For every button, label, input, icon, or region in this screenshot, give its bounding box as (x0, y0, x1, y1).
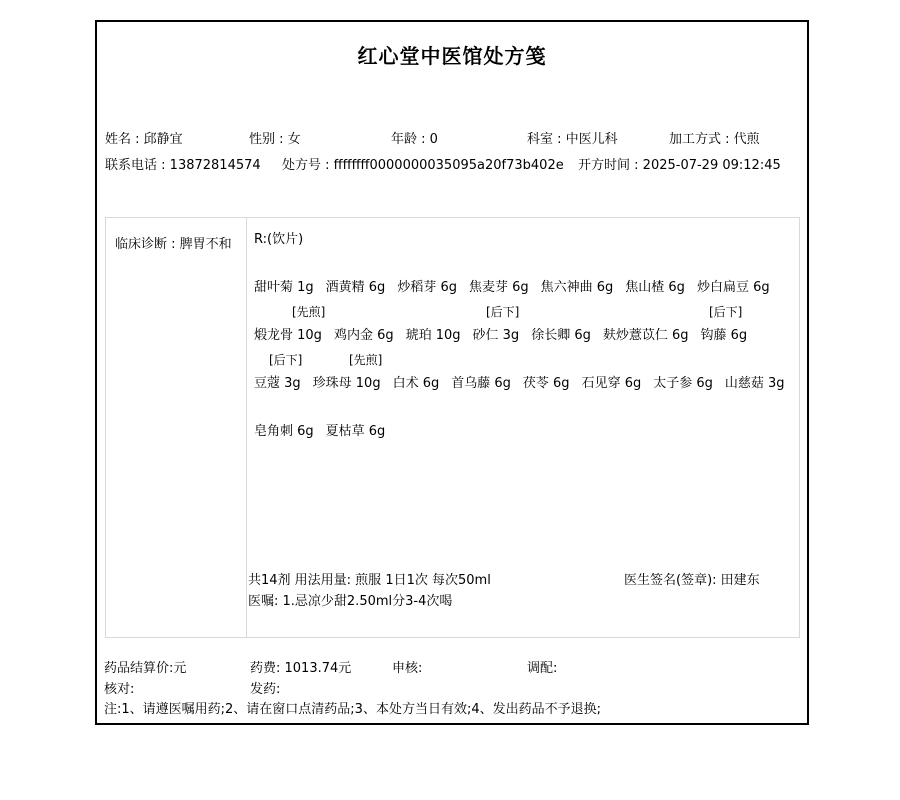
field-separator: : (630, 158, 643, 173)
herb-item: 石见穿 6g (582, 376, 642, 391)
field-separator: : (131, 132, 144, 147)
decoction-tag: [后下] (486, 300, 519, 324)
herb-line-2: 煅龙骨 10g鸡内金 6g琥珀 10g砂仁 3g徐长卿 6g麸炒薏苡仁 6g钩藤… (254, 324, 794, 348)
column-divider (246, 218, 247, 637)
herb-line-4: 皂角刺 6g夏枯草 6g (254, 420, 794, 444)
rx-header: R:(饮片) (254, 228, 794, 252)
herb-item: 徐长卿 6g (531, 328, 591, 343)
prescription-page: 红心堂中医馆处方笺 姓名 : 邱静宜 性别 : 女 年龄 : 0 科室 : 中医… (95, 20, 809, 725)
dispense-field: 发药: (250, 678, 280, 697)
field-prescribe-time: 开方时间 : 2025-07-29 09:12:45 (578, 154, 781, 173)
field-value: 邱静宜 (144, 132, 183, 147)
check-field: 核对: (104, 678, 134, 697)
herb-item: 焦麦芽 6g (469, 280, 529, 295)
field-department: 科室 : 中医儿科 (527, 128, 618, 147)
herb-item: 白术 6g (393, 376, 440, 391)
field-label: 年龄 (391, 132, 417, 147)
usage-block: 共14剂 用法用量: 煎服 1日1次 每次50ml 医嘱: 1.忌凉少甜2.50… (248, 570, 491, 612)
herb-item: 鸡内金 6g (334, 328, 394, 343)
decoction-tag: [先煎] (349, 348, 382, 372)
field-label: 处方号 (282, 158, 321, 173)
herb-item: 夏枯草 6g (326, 424, 386, 439)
herb-item: 首乌藤 6g (451, 376, 511, 391)
herb-item: 豆蔻 3g (254, 376, 301, 391)
prepare-field: 调配: (527, 657, 557, 676)
herb-item: 炒稻芽 6g (397, 280, 457, 295)
herb-item: 山慈菇 3g (725, 376, 785, 391)
footer-note: 注:1、请遵医嘱用药;2、请在窗口点清药品;3、本处方当日有效;4、发出药品不予… (104, 698, 601, 717)
page-title: 红心堂中医馆处方笺 (97, 40, 807, 69)
herb-item: 琥珀 10g (406, 328, 461, 343)
field-separator: : (275, 132, 288, 147)
herb-line-3: 豆蔻 3g珍珠母 10g白术 6g首乌藤 6g茯苓 6g石见穿 6g太子参 6g… (254, 372, 794, 396)
herb-item: 焦六神曲 6g (541, 280, 614, 295)
herb-item: 砂仁 3g (473, 328, 520, 343)
herb-item: 珍珠母 10g (313, 376, 381, 391)
field-patient-name: 姓名 : 邱静宜 (105, 128, 183, 147)
field-separator: : (417, 132, 430, 147)
field-value: 中医儿科 (566, 132, 618, 147)
field-value: 脾胃不和 (180, 237, 232, 252)
decoction-tag-line-1: [先煎] [后下] [后下] (254, 300, 794, 324)
herb-item: 茯苓 6g (523, 376, 570, 391)
field-value: 2025-07-29 09:12:45 (643, 158, 781, 173)
field-gender: 性别 : 女 (249, 128, 301, 147)
field-value: 代煎 (734, 132, 760, 147)
field-value: 女 (288, 132, 301, 147)
decoction-tag-line-2: [后下] [先煎] (254, 348, 794, 372)
field-processing-method: 加工方式 : 代煎 (669, 128, 760, 147)
herb-item: 焦山楂 6g (625, 280, 685, 295)
decoction-tag: [先煎] (292, 300, 325, 324)
field-label: 开方时间 (578, 158, 630, 173)
settlement-price: 药品结算价:元 (104, 657, 186, 676)
field-label: 姓名 (105, 132, 131, 147)
rx-blank-line (254, 396, 794, 420)
usage-dosage-line: 共14剂 用法用量: 煎服 1日1次 每次50ml (248, 570, 491, 591)
field-label: 临床诊断 (115, 237, 167, 252)
doctor-signature: 医生签名(签章): 田建东 (624, 570, 760, 591)
herb-item: 钩藤 6g (701, 328, 748, 343)
field-value: 13872814574 (170, 158, 261, 173)
decoction-tag: [后下] (269, 348, 302, 372)
review-field: 申核: (392, 657, 422, 676)
rx-blank-line (254, 252, 794, 276)
doctor-advice-line: 医嘱: 1.忌凉少甜2.50ml分3-4次喝 (248, 591, 491, 612)
herb-item: 麸炒薏苡仁 6g (603, 328, 689, 343)
field-age: 年龄 : 0 (391, 128, 438, 147)
field-label: 联系电话 (105, 158, 157, 173)
herb-item: 炒白扁豆 6g (697, 280, 770, 295)
field-label: 科室 (527, 132, 553, 147)
field-separator: : (167, 237, 180, 252)
clinical-diagnosis: 临床诊断 : 脾胃不和 (115, 233, 232, 252)
field-phone: 联系电话 : 13872814574 (105, 154, 261, 173)
field-separator: : (157, 158, 170, 173)
herb-item: 甜叶菊 1g (254, 280, 314, 295)
herb-item: 皂角刺 6g (254, 424, 314, 439)
field-value: 0 (430, 132, 438, 147)
herb-item: 酒黄精 6g (326, 280, 386, 295)
field-prescription-number: 处方号 : ffffffff0000000035095a20f73b402e (282, 154, 564, 173)
prescription-body-box: 临床诊断 : 脾胃不和 R:(饮片) 甜叶菊 1g酒黄精 6g炒稻芽 6g焦麦芽… (105, 217, 800, 638)
decoction-tag: [后下] (709, 300, 742, 324)
rx-section: R:(饮片) 甜叶菊 1g酒黄精 6g炒稻芽 6g焦麦芽 6g焦六神曲 6g焦山… (254, 228, 794, 444)
field-separator: : (321, 158, 334, 173)
field-value: ffffffff0000000035095a20f73b402e (334, 158, 564, 173)
herb-item: 太子参 6g (653, 376, 713, 391)
herb-item: 煅龙骨 10g (254, 328, 322, 343)
field-separator: : (721, 132, 734, 147)
medicine-fee: 药费: 1013.74元 (250, 657, 351, 676)
field-label: 加工方式 (669, 132, 721, 147)
field-separator: : (553, 132, 566, 147)
herb-line-1: 甜叶菊 1g酒黄精 6g炒稻芽 6g焦麦芽 6g焦六神曲 6g焦山楂 6g炒白扁… (254, 276, 794, 300)
field-label: 性别 (249, 132, 275, 147)
